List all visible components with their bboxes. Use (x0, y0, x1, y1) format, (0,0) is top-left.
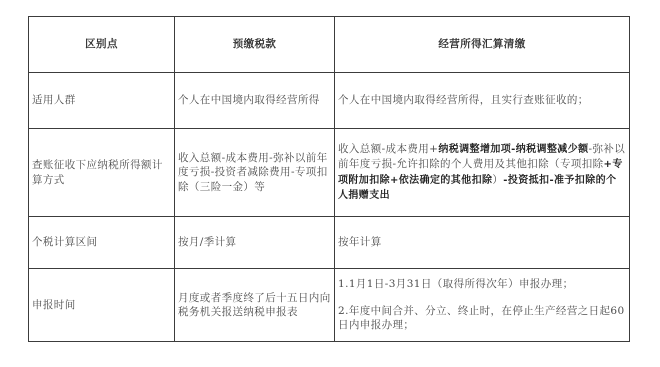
formula-segment: 收入总额-成本费用+ (338, 143, 438, 155)
cell-prepay-applicable-people: 个人在中国境内取得经营所得 (175, 73, 335, 129)
filing-item-2: 2.年度中间合并、分立、终止时，在停止生产经营之日起60日内申报办理； (338, 304, 626, 333)
cell-prepay-calculation-method: 收入总额-成本费用-弥补以前年度亏损-投资者减除费用-专项扣除（三险一金）等 (175, 129, 335, 217)
cell-settle-applicable-people: 个人在中国境内取得经营所得，且实行查账征收的； (335, 73, 630, 129)
cell-settle-calculation-method: 收入总额-成本费用+纳税调整增加项-纳税调整减少额-弥补以前年度亏损-允许扣除的… (335, 129, 630, 217)
cell-prepay-filing-time: 月度或者季度终了后十五日内向税务机关报送纳税申报表 (175, 269, 335, 342)
row-label-filing-time: 申报时间 (29, 269, 175, 342)
table-row: 个税计算区间 按月/季计算 按年计算 (29, 217, 630, 269)
table-header-row: 区别点 预缴税款 经营所得汇算清缴 (29, 17, 630, 73)
filing-item-1: 1.1月1日-3月31日（取得所得次年）申报办理； (338, 277, 626, 292)
row-label-calculation-period: 个税计算区间 (29, 217, 175, 269)
header-annual-settlement: 经营所得汇算清缴 (335, 17, 630, 73)
cell-settle-calculation-period: 按年计算 (335, 217, 630, 269)
row-label-applicable-people: 适用人群 (29, 73, 175, 129)
table-row: 查账征收下应纳税所得额计算方式 收入总额-成本费用-弥补以前年度亏损-投资者减除… (29, 129, 630, 217)
cell-settle-filing-time: 1.1月1日-3月31日（取得所得次年）申报办理； 2.年度中间合并、分立、终止… (335, 269, 630, 342)
table-row: 适用人群 个人在中国境内取得经营所得 个人在中国境内取得经营所得，且实行查账征收… (29, 73, 630, 129)
comparison-table: 区别点 预缴税款 经营所得汇算清缴 适用人群 个人在中国境内取得经营所得 个人在… (28, 16, 630, 342)
row-label-calculation-method: 查账征收下应纳税所得额计算方式 (29, 129, 175, 217)
cell-prepay-calculation-period: 按月/季计算 (175, 217, 335, 269)
header-prepayment: 预缴税款 (175, 17, 335, 73)
header-difference-point: 区别点 (29, 17, 175, 73)
formula-segment-bold: 纳税调整增加项-纳税调整减少额 (438, 144, 588, 155)
formula-segment: ） (492, 174, 503, 186)
table-row: 申报时间 月度或者季度终了后十五日内向税务机关报送纳税申报表 1.1月1日-3月… (29, 269, 630, 342)
item-spacer (338, 292, 626, 304)
